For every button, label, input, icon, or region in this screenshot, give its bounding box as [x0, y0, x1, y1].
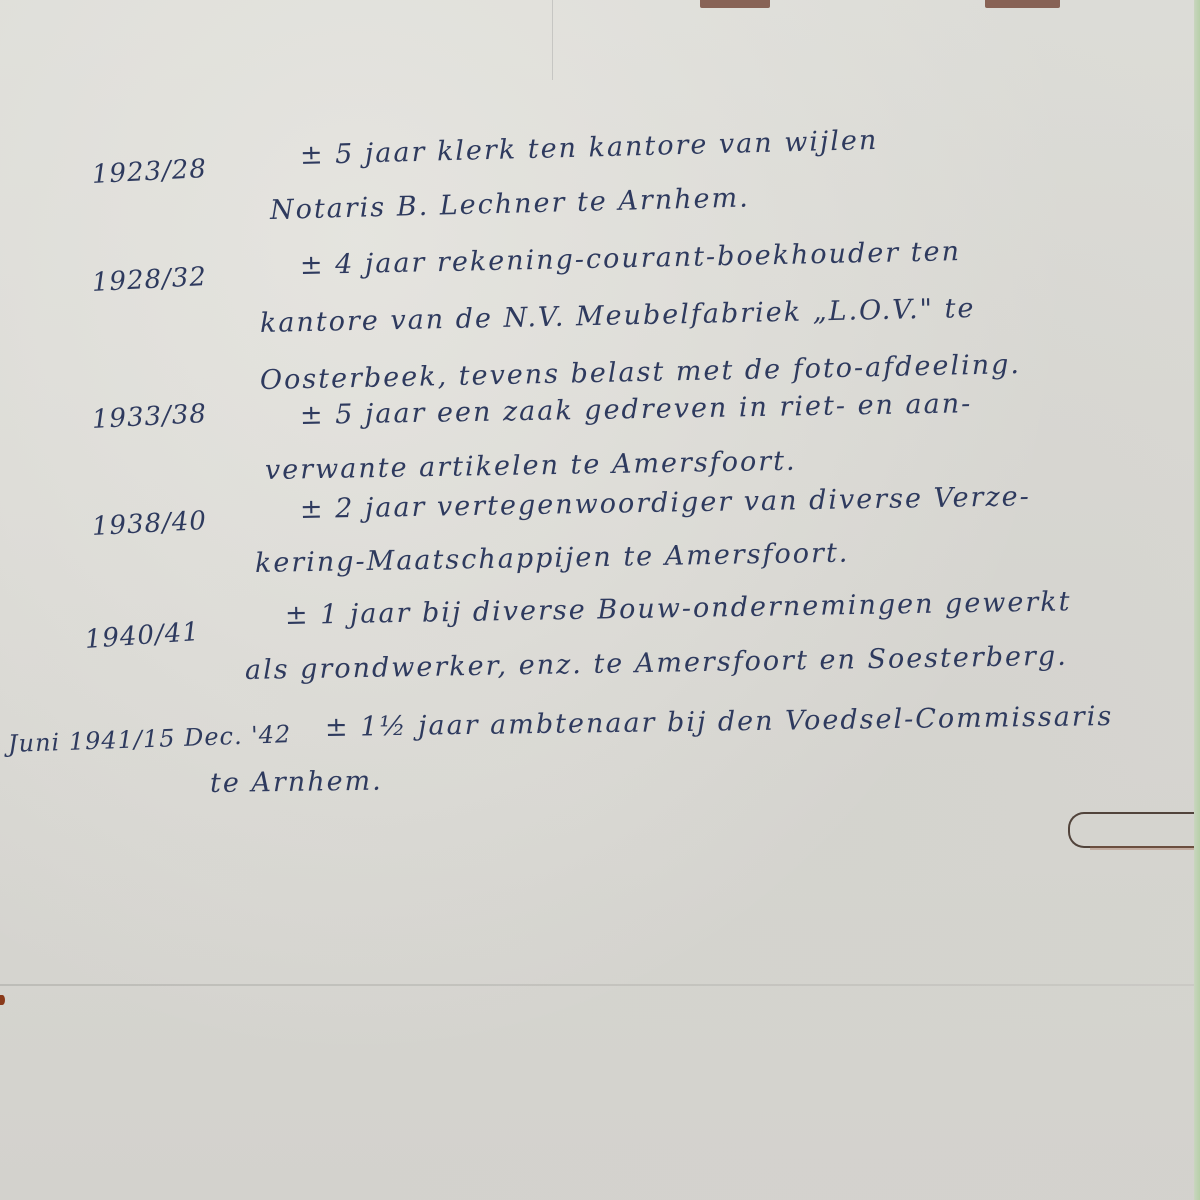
entry-date: 1940/41	[84, 617, 201, 655]
entry-line: ± 5 jaar een zaak gedreven in riet- en a…	[300, 388, 973, 431]
document-page: 1923/28 ± 5 jaar klerk ten kantore van w…	[0, 0, 1194, 1200]
entry-line: kantore van de N.V. Meubelfabriek „L.O.V…	[260, 293, 976, 339]
cut-off-text-fragment	[700, 0, 770, 8]
entry-line: Notaris B. Lechner te Arnhem.	[270, 182, 751, 226]
paper-crease-horizontal	[0, 984, 1194, 986]
paper-crease-vertical	[552, 0, 553, 80]
entry-date: 1923/28	[91, 154, 207, 190]
entry-line: verwante artikelen te Amersfoort.	[265, 446, 797, 486]
entry-date: 1933/38	[91, 399, 207, 435]
paperclip-rust-mark-icon	[1068, 812, 1200, 848]
entry-line: ± 2 jaar vertegenwoordiger van diverse V…	[300, 481, 1031, 525]
entry-line: te Arnhem.	[210, 766, 383, 799]
background-edge	[1194, 0, 1200, 1200]
entry-line: als grondwerker, enz. te Amersfoort en S…	[245, 641, 1068, 686]
entry-date: Juni 1941/15 Dec. '42	[8, 720, 292, 758]
entry-line: kering-Maatschappijen te Amersfoort.	[255, 538, 850, 579]
entry-line: ± 1½ jaar ambtenaar bij den Voedsel-Comm…	[325, 701, 1114, 743]
entry-line: ± 1 jaar bij diverse Bouw-ondernemingen …	[285, 586, 1072, 631]
entry-date: 1928/32	[91, 262, 207, 298]
entry-line: ± 4 jaar rekening-courant-boekhouder ten	[300, 236, 962, 281]
entry-date: 1938/40	[91, 506, 207, 542]
rust-stain	[0, 995, 5, 1005]
entry-line: ± 5 jaar klerk ten kantore van wijlen	[300, 125, 879, 171]
cut-off-text-fragment	[985, 0, 1060, 8]
